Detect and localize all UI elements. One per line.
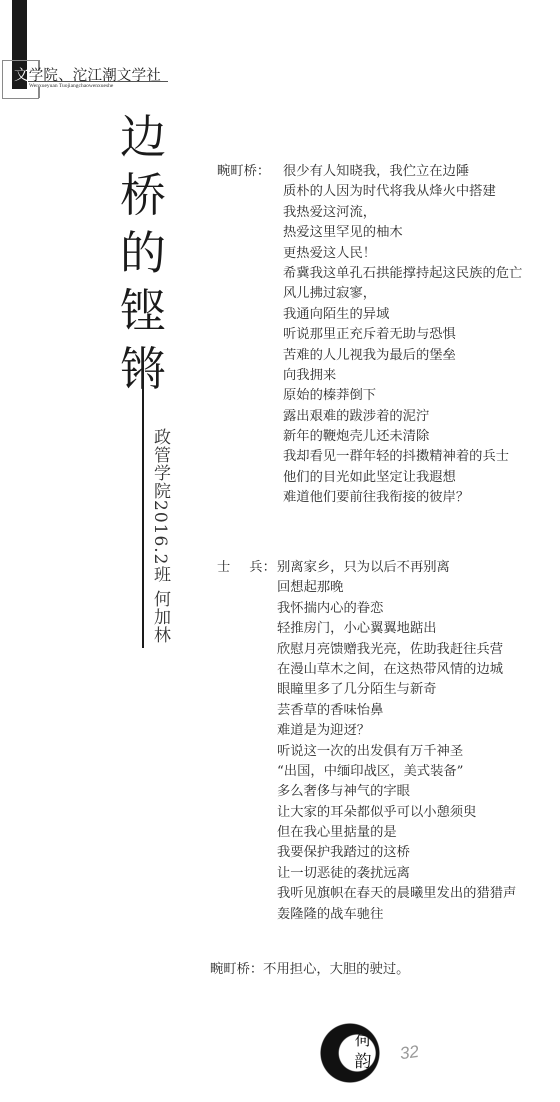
poem-line: 但在我心里掂量的是 (277, 823, 516, 843)
poem-line: 我听见旗帜在春天的晨曦里发出的猎猎声 (277, 884, 516, 904)
poem-line: 在漫山草木之间，在这热带风情的边城 (277, 660, 516, 680)
poem-line: 回想起那晚 (277, 578, 516, 598)
poem-line: 希冀我这单孔石拱能撑持起这民族的危亡 (283, 264, 522, 284)
poem-line: 苦难的人儿视我为最后的堡垒 (283, 346, 522, 366)
poem-title: 边 桥 的 铿 锵 (118, 108, 168, 398)
header-first-char: 文 (14, 68, 29, 84)
poem-line: 我却看见一群年轻的抖擞精神着的兵士 (283, 447, 522, 467)
poem-line: 难道他们要前往我衔接的彼岸？ (283, 488, 522, 508)
poem-line: 别离家乡，只为以后不再别离 (277, 558, 516, 578)
poem-line: 眼瞳里多了几分陌生与新奇 (277, 680, 516, 700)
poem-line: 让一切恶徒的袭扰远离 (277, 864, 516, 884)
poem-line: 轰隆隆的战车驰往 (277, 905, 516, 925)
poem-line: 新年的鞭炮壳儿还未清除 (283, 427, 522, 447)
title-char: 边 (118, 108, 168, 166)
poem-line: 我通向陌生的异域 (283, 305, 522, 325)
speaker-label-part: 士 (217, 560, 230, 575)
poem-line: 难道是为迎迓？ (277, 721, 516, 741)
stanza-lines: 别离家乡，只为以后不再别离 回想起那晚 我怀揣内心的眷恋 轻推房门，小心翼翼地踮… (277, 558, 516, 925)
poem-line: 欣慰月亮馈赠我光亮，佐助我赶往兵营 (277, 640, 516, 660)
poem-line: 让大家的耳朵都似乎可以小憩须臾 (277, 803, 516, 823)
title-char: 的 (118, 224, 168, 282)
poem-author: 政管学院2016.2班 何加林 (150, 428, 170, 644)
poem-line: 听说这一次的出发俱有万千神圣 (277, 742, 516, 762)
title-char: 桥 (118, 166, 168, 224)
hean-logo: 荷 韵 (320, 1023, 382, 1085)
poem-line: 原始的榛莽倒下 (283, 386, 522, 406)
speaker-label-part: 兵： (249, 560, 276, 575)
logo-char: 荷 (355, 1030, 372, 1050)
poem-line: 我怀揣内心的眷恋 (277, 599, 516, 619)
page-number: 32 (399, 1042, 421, 1064)
poem-line: 风儿拂过寂寥， (283, 284, 522, 304)
poem-line: 更热爱这人民！ (283, 244, 522, 264)
title-divider (142, 358, 144, 648)
logo-text: 荷 韵 (352, 1029, 374, 1073)
speaker-label: 士兵： (217, 558, 276, 578)
closing-line: 畹町桥：不用担心，大胆的驶过。 (210, 958, 409, 977)
poem-line: 轻推房门，小心翼翼地踮出 (277, 619, 516, 639)
header-subtitle: Wenxueyuan Tuojiangchaowenxueshe (29, 83, 113, 89)
title-char: 铿 (118, 282, 168, 340)
logo-char: 韵 (355, 1052, 372, 1072)
poem-line: 他们的目光如此坚定让我遐想 (283, 468, 522, 488)
poem-line: 听说那里正充斥着无助与恐惧 (283, 325, 522, 345)
poem-line: 芸香草的香味怡鼻 (277, 701, 516, 721)
speaker-label: 畹町桥： (217, 162, 270, 182)
poem-line: “出国，中缅印战区，美式装备” (277, 762, 516, 782)
poem-line: 质朴的人因为时代将我从烽火中搭建 (283, 182, 522, 202)
poem-line: 我热爱这河流， (283, 203, 522, 223)
poem-line: 很少有人知晓我，我伫立在边陲 (283, 162, 522, 182)
poem-line: 向我拥来 (283, 366, 522, 386)
poem-line: 多么奢侈与神气的字眼 (277, 782, 516, 802)
poem-line: 露出艰难的跋涉着的泥泞 (283, 407, 522, 427)
header-divider (28, 81, 168, 82)
stanza-lines: 很少有人知晓我，我伫立在边陲 质朴的人因为时代将我从烽火中搭建 我热爱这河流， … (283, 162, 522, 509)
poem-line: 热爱这里罕见的柚木 (283, 223, 522, 243)
poem-line: 我要保护我踏过的这桥 (277, 843, 516, 863)
